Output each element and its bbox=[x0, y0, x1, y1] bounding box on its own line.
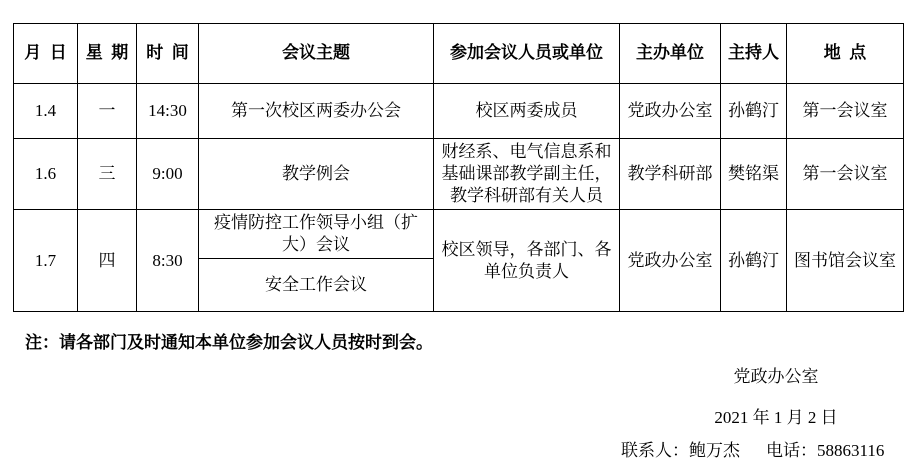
table-row: 1.6 三 9:00 教学例会 财经系、电气信息系和基础课部教学副主任，教学科研… bbox=[14, 139, 904, 210]
cell-organizer: 教学科研部 bbox=[620, 139, 721, 210]
cell-participants: 财经系、电气信息系和基础课部教学副主任，教学科研部有关人员 bbox=[434, 139, 620, 210]
table-row: 1.7 四 8:30 疫情防控工作领导小组（扩大）会议 校区领导，各部门、各单位… bbox=[14, 210, 904, 259]
table-header-row: 月 日 星 期 时 间 会议主题 参加会议人员或单位 主办单位 主持人 地 点 bbox=[14, 24, 904, 84]
header-participants: 参加会议人员或单位 bbox=[434, 24, 620, 84]
cell-participants: 校区领导，各部门、各单位负责人 bbox=[434, 210, 620, 312]
cell-weekday: 四 bbox=[78, 210, 137, 312]
signature-office: 党政办公室 bbox=[691, 362, 861, 387]
cell-host: 孙鹤汀 bbox=[721, 210, 787, 312]
cell-time: 8:30 bbox=[137, 210, 199, 312]
contact-person: 联系人：鲍万杰 bbox=[621, 436, 740, 461]
cell-topic: 疫情防控工作领导小组（扩大）会议 bbox=[199, 210, 434, 259]
cell-host: 孙鹤汀 bbox=[721, 84, 787, 139]
header-organizer: 主办单位 bbox=[620, 24, 721, 84]
cell-location: 图书馆会议室 bbox=[787, 210, 904, 312]
cell-organizer: 党政办公室 bbox=[620, 84, 721, 139]
cell-topic: 第一次校区两委办公会 bbox=[199, 84, 434, 139]
header-time: 时 间 bbox=[137, 24, 199, 84]
header-location: 地 点 bbox=[787, 24, 904, 84]
cell-time: 14:30 bbox=[137, 84, 199, 139]
signature-date: 2021 年 1 月 2 日 bbox=[691, 403, 861, 428]
contact-phone: 电话：58863116 bbox=[766, 436, 884, 461]
cell-topic: 教学例会 bbox=[199, 139, 434, 210]
meeting-notice-page: 月 日 星 期 时 间 会议主题 参加会议人员或单位 主办单位 主持人 地 点 … bbox=[0, 0, 916, 466]
header-topic: 会议主题 bbox=[199, 24, 434, 84]
notice-note: 注：请各部门及时通知本单位参加会议人员按时到会。 bbox=[25, 328, 433, 353]
table-row: 1.4 一 14:30 第一次校区两委办公会 校区两委成员 党政办公室 孙鹤汀 … bbox=[14, 84, 904, 139]
cell-weekday: 一 bbox=[78, 84, 137, 139]
header-host: 主持人 bbox=[721, 24, 787, 84]
cell-date: 1.7 bbox=[14, 210, 78, 312]
cell-weekday: 三 bbox=[78, 139, 137, 210]
cell-time: 9:00 bbox=[137, 139, 199, 210]
cell-location: 第一会议室 bbox=[787, 139, 904, 210]
cell-participants: 校区两委成员 bbox=[434, 84, 620, 139]
header-weekday: 星 期 bbox=[78, 24, 137, 84]
contact-line: 联系人：鲍万杰 电话：58863116 bbox=[621, 436, 884, 461]
meeting-schedule-table: 月 日 星 期 时 间 会议主题 参加会议人员或单位 主办单位 主持人 地 点 … bbox=[13, 23, 904, 312]
cell-date: 1.6 bbox=[14, 139, 78, 210]
cell-location: 第一会议室 bbox=[787, 84, 904, 139]
cell-topic: 安全工作会议 bbox=[199, 259, 434, 312]
cell-host: 樊铭渠 bbox=[721, 139, 787, 210]
cell-organizer: 党政办公室 bbox=[620, 210, 721, 312]
header-month-day: 月 日 bbox=[14, 24, 78, 84]
cell-date: 1.4 bbox=[14, 84, 78, 139]
